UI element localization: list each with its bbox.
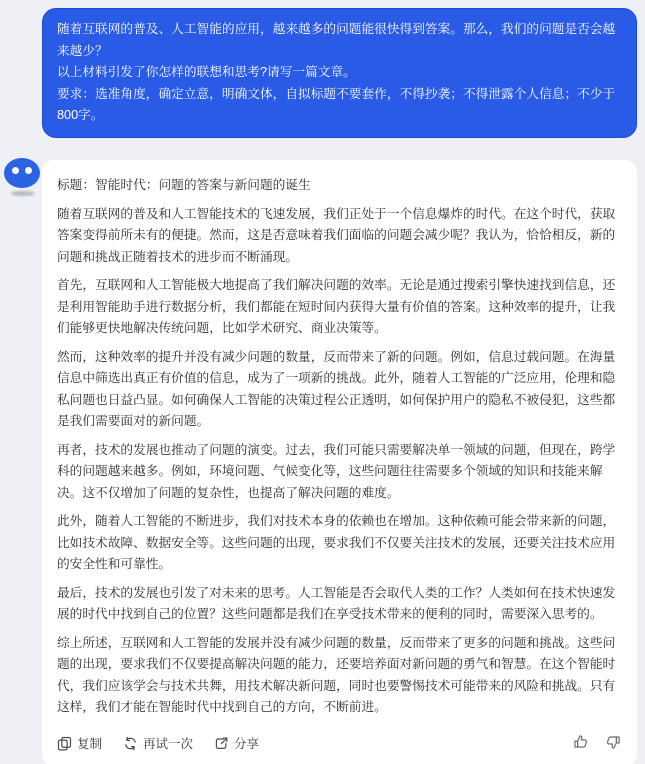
user-message-line: 随着互联网的普及、人工智能的应用，越来越多的问题能很快得到答案。那么，我们的问题… (57, 19, 622, 62)
thumbs-up-icon (572, 739, 590, 754)
essay-paragraph: 再者，技术的发展也推动了问题的演变。过去，我们可能只需要解决单一领域的问题，但现… (57, 440, 622, 505)
retry-button[interactable]: 再试一次 (123, 734, 193, 752)
assistant-avatar (4, 158, 42, 196)
copy-icon (57, 736, 72, 751)
copy-button[interactable]: 复制 (57, 734, 102, 752)
essay-paragraph: 最后，技术的发展也引发了对未来的思考。人工智能是否会取代人类的工作？人类如何在技… (57, 583, 622, 626)
user-message-line: 要求：选准角度，确定立意，明确文体，自拟标题不要套作，不得抄袭；不得泄露个人信息… (57, 84, 622, 127)
share-icon (214, 736, 229, 751)
actions-left-group: 复制 再试一次 (57, 734, 280, 752)
user-message-line: 以上材料引发了你怎样的联想和思考?请写一篇文章。 (57, 62, 622, 84)
robot-face-icon (4, 158, 40, 188)
thumbs-down-button[interactable] (604, 733, 622, 754)
essay-paragraph: 然而，这种效率的提升并没有减少问题的数量，反而带来了新的问题。例如，信息过载问题… (57, 347, 622, 433)
share-button-label: 分享 (234, 734, 259, 752)
user-message-bubble: 随着互联网的普及、人工智能的应用，越来越多的问题能很快得到答案。那么，我们的问题… (42, 8, 637, 138)
share-button[interactable]: 分享 (214, 734, 259, 752)
essay-paragraph: 首先，互联网和人工智能极大地提高了我们解决问题的效率。无论是通过搜索引擎快速找到… (57, 275, 622, 340)
essay-body: 随着互联网的普及和人工智能技术的飞速发展，我们正处于一个信息爆炸的时代。在这个时… (57, 204, 622, 719)
essay-paragraph: 随着互联网的普及和人工智能技术的飞速发展，我们正处于一个信息爆炸的时代。在这个时… (57, 204, 622, 269)
copy-button-label: 复制 (77, 734, 102, 752)
thumbs-down-icon (604, 739, 622, 754)
feedback-group (572, 733, 622, 754)
essay-paragraph: 综上所述，互联网和人工智能的发展并没有减少问题的数量，反而带来了更多的问题和挑战… (57, 633, 622, 719)
assistant-message-card: 标题：智能时代：问题的答案与新问题的诞生 随着互联网的普及和人工智能技术的飞速发… (42, 160, 637, 764)
message-actions-bar: 复制 再试一次 (57, 733, 622, 754)
robot-eye-icon (25, 167, 32, 174)
retry-button-label: 再试一次 (143, 734, 193, 752)
chat-screen: 随着互联网的普及、人工智能的应用，越来越多的问题能很快得到答案。那么，我们的问题… (0, 0, 645, 764)
essay-title: 标题：智能时代：问题的答案与新问题的诞生 (57, 175, 622, 197)
essay-paragraph: 此外，随着人工智能的不断进步，我们对技术本身的依赖也在增加。这种依赖可能会带来新… (57, 511, 622, 576)
thumbs-up-button[interactable] (572, 733, 590, 754)
refresh-icon (123, 736, 138, 751)
avatar-shadow (11, 191, 35, 196)
robot-eye-icon (12, 167, 19, 174)
